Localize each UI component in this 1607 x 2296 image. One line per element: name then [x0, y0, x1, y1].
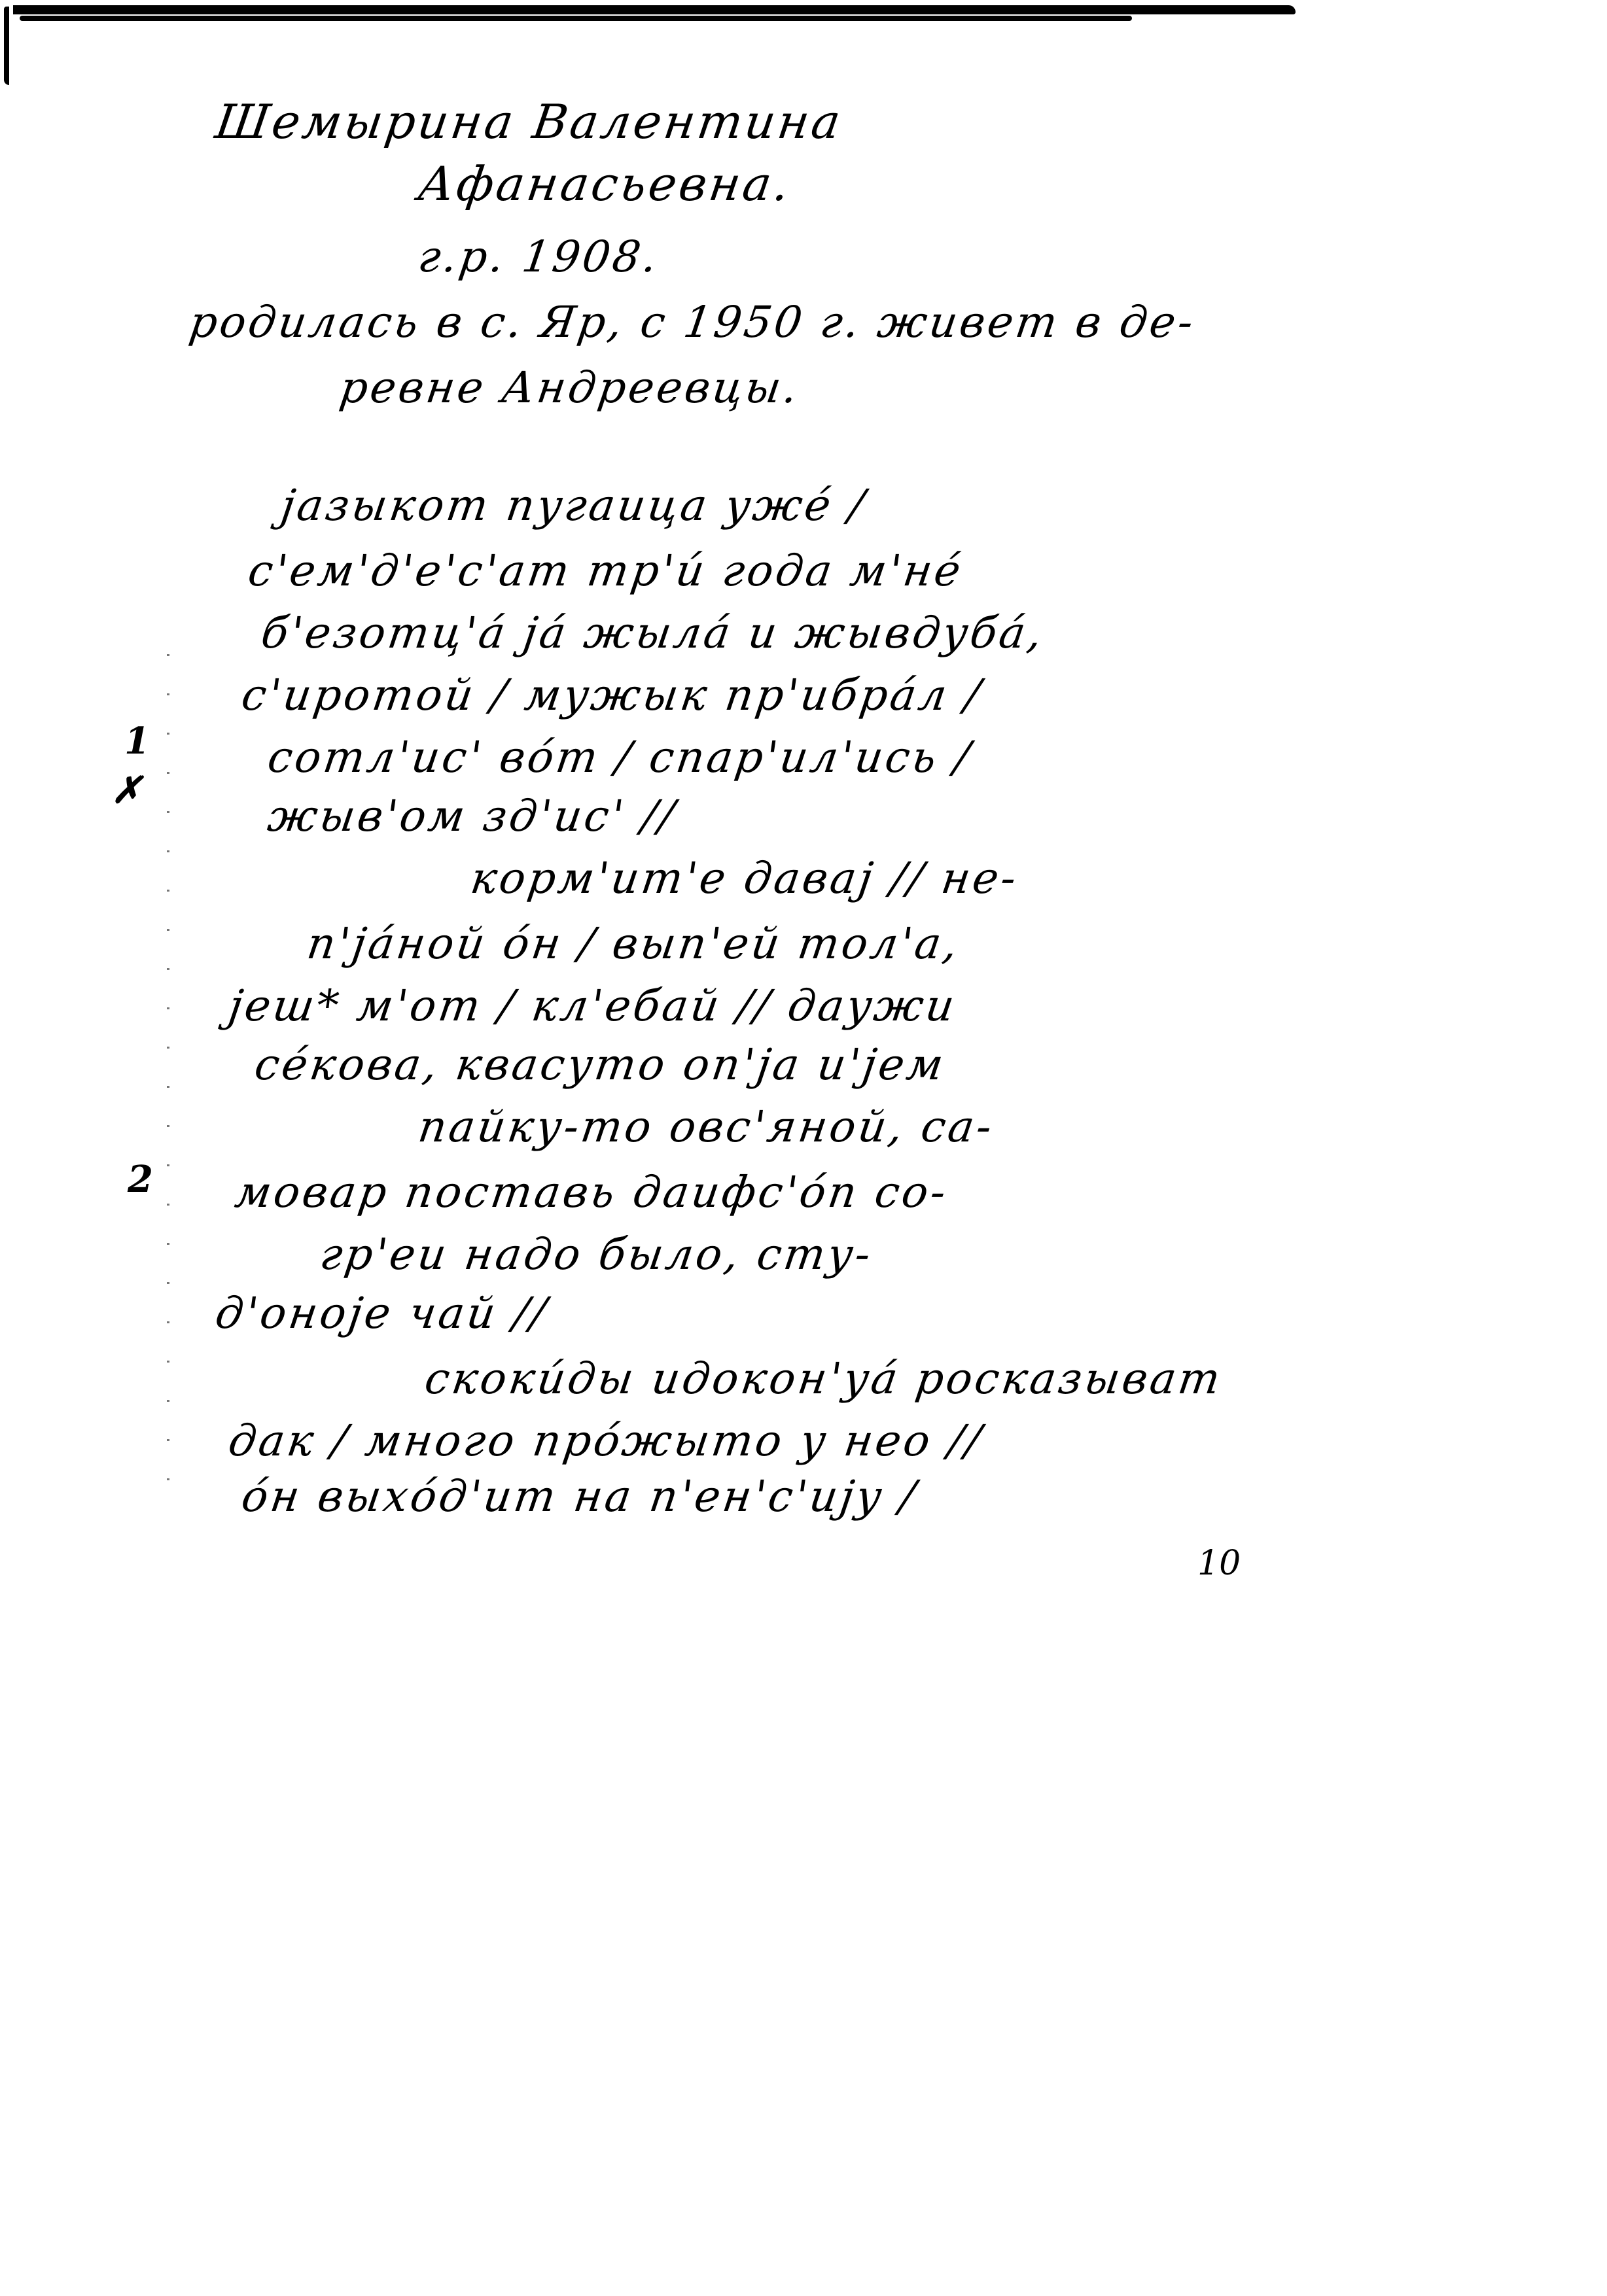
- scan-border-top: [13, 5, 1296, 14]
- transcript-line: се́кова, квасуто оп'ја и'јем: [252, 1043, 948, 1087]
- scan-border-left: [4, 7, 9, 85]
- transcript-line: д'оноје чай //: [213, 1292, 551, 1335]
- transcript-line: корм'ит'е давај // не-: [468, 857, 1021, 900]
- informant-name-line-1: Шемырина Валентина: [213, 98, 846, 145]
- transcript-line: с'иротой / мужык пр'ибра́л /: [239, 674, 985, 717]
- scan-border-top-shadow: [20, 16, 1132, 21]
- margin-cross-mark: ✗: [111, 769, 142, 812]
- birth-year: г.р. 1908.: [415, 235, 662, 279]
- transcript-line: мовар поставь даифс'о́п со-: [232, 1171, 951, 1214]
- margin-number-2: 2: [128, 1158, 153, 1201]
- transcript-line: о́н выхо́д'ит на п'ен'с'ију /: [239, 1475, 920, 1518]
- transcript-line: сотл'ис' во́т / спар'ил'ись /: [265, 736, 975, 779]
- transcript-line: скоки́ды идокон'уа́ росказыват: [422, 1357, 1225, 1400]
- transcript-line: jазыкот пугаица уже́ /: [278, 484, 870, 527]
- transcript-line: гр'еи надо было, сту-: [317, 1233, 875, 1276]
- transcript-line: б'езотц'а́ ја́ жыла́ и жывдуба́,: [258, 612, 1047, 655]
- transcript-line: с'ем'д'е'с'ат тр'и́ года м'не́: [245, 549, 966, 593]
- margin-number-1: 1: [124, 720, 150, 763]
- manuscript-page: Шемырина Валентина Афанасьевна. г.р. 190…: [0, 0, 1607, 2296]
- bio-line-1: родилась в с. Яр, с 1950 г. живет в де-: [186, 301, 1198, 344]
- transcript-line: дак / много про́жыто у нео //: [226, 1419, 986, 1463]
- transcript-line: пайку-то овс'яной, са-: [415, 1105, 997, 1149]
- transcript-line: јеш* м'от / кл'ебай // даужи: [226, 984, 959, 1028]
- margin-dotted-line: [167, 654, 169, 1505]
- transcript-line: жыв'ом зд'ис' //: [265, 795, 679, 838]
- page-number: 10: [1197, 1544, 1241, 1583]
- transcript-line: п'ја́ной о́н / вып'ей тол'а,: [304, 922, 962, 965]
- informant-name-line-2: Афанасьевна.: [415, 160, 795, 207]
- bio-line-2: ревне Андреевцы.: [337, 366, 802, 409]
